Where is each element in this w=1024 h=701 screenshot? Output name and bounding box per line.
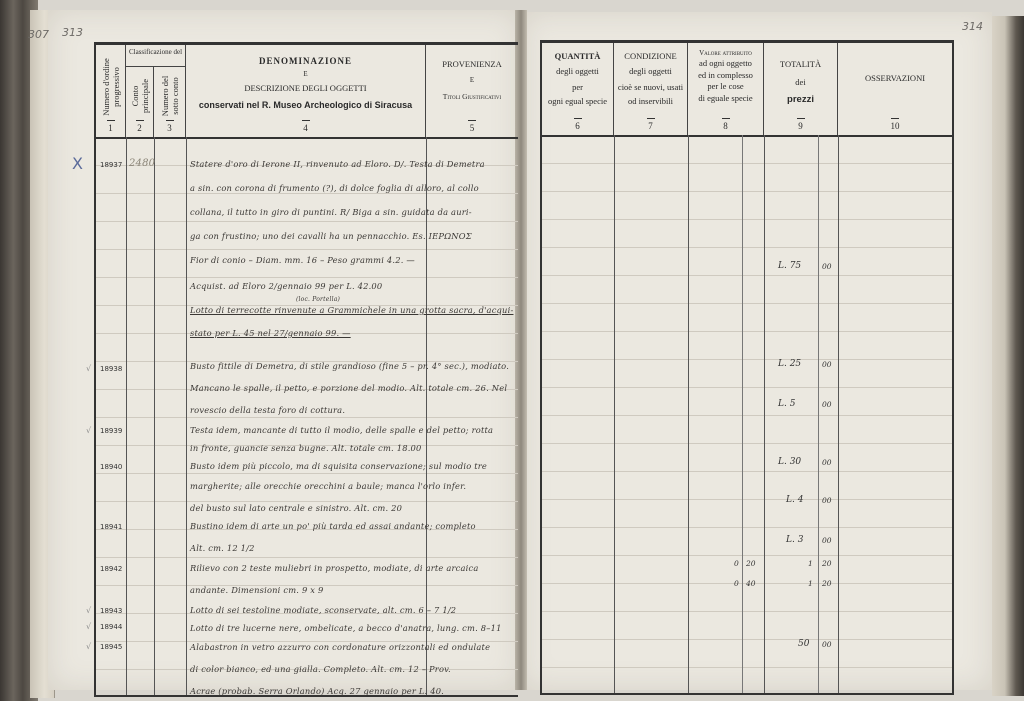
total-lire: L. 3 bbox=[786, 535, 803, 545]
header-col-3: Numero del sotto conto 3 bbox=[154, 67, 186, 137]
header-divider-right bbox=[542, 135, 952, 137]
description-line: Lotto di terrecotte rinvenute a Grammich… bbox=[190, 305, 513, 315]
folio-right: 314 bbox=[962, 20, 983, 33]
total-lire: L. 5 bbox=[778, 399, 795, 409]
total-lire: 1 bbox=[808, 559, 813, 568]
folio-left: 313 bbox=[62, 26, 83, 39]
header-col-7-line: od inservibili bbox=[614, 96, 687, 107]
total-lire: 1 bbox=[808, 579, 813, 588]
header-classification: Classificazione del bbox=[126, 45, 186, 67]
total-cents: 00 bbox=[822, 458, 832, 467]
account-number: 2480 bbox=[129, 158, 155, 169]
page-stack-right bbox=[992, 16, 1024, 696]
description-line: collana, il tutto in giro di puntini. R/… bbox=[190, 207, 472, 217]
entry-number: 18944 bbox=[100, 623, 122, 631]
margin-x-mark: X bbox=[72, 154, 83, 173]
header-col-5-subtitle: Titoli Giustificativi bbox=[426, 92, 518, 102]
entry-number: 18938 bbox=[100, 365, 122, 373]
header-col-9-line: prezzi bbox=[764, 94, 837, 107]
header-col-7-line: CONDIZIONE bbox=[614, 51, 687, 62]
description-line: Mancano le spalle, il petto, e porzione … bbox=[190, 383, 507, 393]
header-col-6-line: per bbox=[542, 82, 613, 93]
check-mark: √ bbox=[86, 606, 91, 615]
header-col-7-line: degli oggetti bbox=[614, 66, 687, 77]
check-mark: √ bbox=[86, 642, 91, 651]
description-line: in fronte, guancie senza bugne. Alt. tot… bbox=[190, 443, 422, 453]
col-number-2: 2 bbox=[126, 120, 153, 134]
entry-number: 18945 bbox=[100, 643, 122, 651]
description-line: Acquist. ad Eloro 2/gennaio 99 per L. 42… bbox=[190, 281, 382, 291]
header-col-6: QUANTITÀ degli oggetti per ogni egual sp… bbox=[542, 43, 614, 135]
description-line: Lotto di tre lucerne nere, ombelicate, a… bbox=[190, 623, 502, 633]
header-col-9-line: dei bbox=[764, 77, 837, 88]
description-line: stato per L. 45 nel 27/gennaio 99. — bbox=[190, 328, 351, 338]
total-cents: 20 bbox=[822, 579, 832, 588]
entry-number: 18943 bbox=[100, 607, 122, 615]
header-col-1-label: Numero d'ordine progressivo bbox=[100, 47, 120, 127]
header-col-7-line: cioè se nuovi, usati bbox=[614, 82, 687, 93]
unit-lire: 0 bbox=[734, 579, 739, 588]
unit-cents: 20 bbox=[746, 559, 756, 568]
total-cents: 20 bbox=[822, 559, 832, 568]
col-number-1: 1 bbox=[96, 120, 125, 134]
header-col-8-line: di eguale specie bbox=[688, 93, 763, 104]
total-cents: 00 bbox=[822, 360, 832, 369]
header-col-4-museum: conservati nel R. Museo Archeologico di … bbox=[186, 99, 425, 111]
header-col-9-line: TOTALITÀ bbox=[764, 59, 837, 70]
description-line: Alt. cm. 12 1/2 bbox=[190, 543, 255, 553]
description-line: Acrae (probab. Serra Orlando) Acq. 27 ge… bbox=[190, 686, 444, 696]
description-line: Lotto di sei testoline modiate, sconserv… bbox=[190, 605, 456, 615]
description-line: di color bianco, ed una gialla. Completo… bbox=[190, 664, 451, 674]
header-col-4-conj: E bbox=[186, 70, 425, 79]
col-number-4: 4 bbox=[186, 120, 425, 134]
description-line: rovescio della testa foro di cottura. bbox=[190, 405, 345, 415]
check-mark: √ bbox=[86, 364, 91, 373]
ledger-right-table: QUANTITÀ degli oggetti per ogni egual sp… bbox=[540, 40, 954, 695]
total-cents: 00 bbox=[822, 400, 832, 409]
header-col-6-line: ogni egual specie bbox=[542, 96, 613, 107]
check-mark: √ bbox=[86, 426, 91, 435]
header-col-5-title: PROVENIENZA bbox=[426, 59, 518, 70]
col-number-6: 6 bbox=[542, 118, 613, 132]
header-col-1: Numero d'ordine progressivo 1 bbox=[96, 45, 126, 137]
header-col-5: PROVENIENZA E Titoli Giustificativi 5 bbox=[426, 45, 518, 137]
header-divider-left bbox=[96, 137, 518, 139]
superscript-note: (loc. Portella) bbox=[296, 296, 340, 303]
header-col-7: CONDIZIONE degli oggetti cioè se nuovi, … bbox=[614, 43, 688, 135]
total-lire: L. 75 bbox=[778, 261, 801, 271]
total-lire: 50 bbox=[798, 639, 809, 649]
header-col-4: DENOMINAZIONE E DESCRIZIONE DEGLI OGGETT… bbox=[186, 45, 426, 137]
description-line: Testa idem, mancante di tutto il modio, … bbox=[190, 425, 493, 435]
ledger-left-table: Numero d'ordine progressivo 1 Classifica… bbox=[94, 42, 518, 697]
entry-number: 18937 bbox=[100, 161, 122, 169]
header-col-9: TOTALITÀ dei prezzi 9 bbox=[764, 43, 838, 135]
col-number-8: 8 bbox=[688, 118, 763, 132]
description-line: Statere d'oro di Ierone II, rinvenuto ad… bbox=[190, 159, 485, 169]
header-col-2-label: Conto principale bbox=[129, 71, 149, 121]
header-col-6-line: QUANTITÀ bbox=[542, 51, 613, 62]
unit-lire: 0 bbox=[734, 559, 739, 568]
total-lire: L. 25 bbox=[778, 359, 801, 369]
description-line: Fior di conio – Diam. mm. 16 – Peso gram… bbox=[190, 255, 415, 265]
description-line: Rilievo con 2 teste muliebri in prospett… bbox=[190, 563, 479, 573]
header-col-8-line: per le cose bbox=[688, 81, 763, 92]
header-col-4-subtitle: DESCRIZIONE DEGLI OGGETTI bbox=[186, 83, 425, 94]
description-line: Bustino idem di arte un po' più tarda ed… bbox=[190, 521, 476, 531]
header-col-4-title: DENOMINAZIONE bbox=[186, 55, 425, 67]
header-col-8: Valore attribuito ad ogni oggetto ed in … bbox=[688, 43, 764, 135]
header-col-10: OSSERVAZIONI 10 bbox=[838, 43, 952, 135]
entry-number: 18940 bbox=[100, 463, 122, 471]
description-line: ga con frustino; uno dei cavalli ha un p… bbox=[190, 231, 472, 241]
description-line: Busto idem più piccolo, ma di squisita c… bbox=[190, 461, 487, 471]
col-number-5: 5 bbox=[426, 120, 518, 134]
total-cents: 00 bbox=[822, 640, 832, 649]
header-col-3-label: Numero del sotto conto bbox=[159, 69, 179, 123]
total-cents: 00 bbox=[822, 496, 832, 505]
folio-old-left: 307 bbox=[28, 28, 49, 41]
header-col-8-line: ad ogni oggetto bbox=[688, 58, 763, 69]
unit-cents: 40 bbox=[746, 579, 756, 588]
description-line: andante. Dimensioni cm. 9 x 9 bbox=[190, 585, 323, 595]
header-col-5-conj: E bbox=[426, 76, 518, 85]
check-mark: √ bbox=[86, 622, 91, 631]
entry-number: 18939 bbox=[100, 427, 122, 435]
entry-number: 18942 bbox=[100, 565, 122, 573]
col-number-7: 7 bbox=[614, 118, 687, 132]
entry-number: 18941 bbox=[100, 523, 122, 531]
description-line: a sin. con corona di frumento (?), di do… bbox=[190, 183, 479, 193]
total-lire: L. 30 bbox=[778, 457, 801, 467]
description-line: margherite; alle orecchie orecchini a ba… bbox=[190, 481, 466, 491]
col-number-10: 10 bbox=[838, 118, 952, 132]
header-col-8-line: Valore attribuito bbox=[688, 49, 763, 58]
total-cents: 00 bbox=[822, 262, 832, 271]
total-lire: L. 4 bbox=[786, 495, 803, 505]
col-number-3: 3 bbox=[154, 120, 185, 134]
header-col-8-line: ed in complesso bbox=[688, 70, 763, 81]
description-line: Alabastron in vetro azzurro con cordonat… bbox=[190, 642, 490, 652]
header-col-10-line: OSSERVAZIONI bbox=[838, 73, 952, 84]
header-col-6-line: degli oggetti bbox=[542, 66, 613, 77]
description-line: Busto fittile di Demetra, di stile grand… bbox=[190, 361, 509, 371]
header-col-2: Conto principale 2 bbox=[126, 67, 154, 137]
total-cents: 00 bbox=[822, 536, 832, 545]
description-line: del busto sul lato centrale e sinistro. … bbox=[190, 503, 402, 513]
col-number-9: 9 bbox=[764, 118, 837, 132]
